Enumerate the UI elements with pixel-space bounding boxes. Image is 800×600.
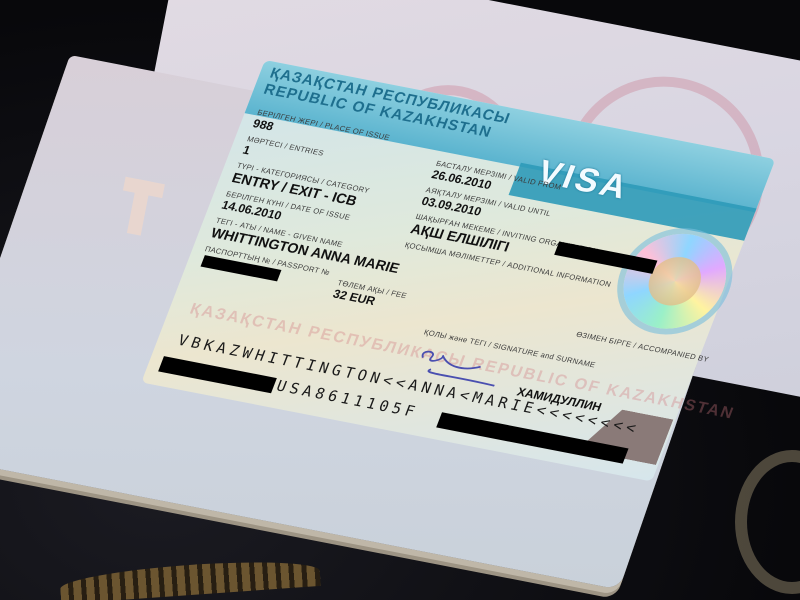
field-accompanied-by: ӨЗІМЕН БІРГЕ / ACCOMPANIED BY — [575, 330, 710, 364]
redaction-inviting-organization — [554, 241, 657, 273]
field-fee: ТӨЛЕМ АҚЫ / FEE 32 EUR — [331, 278, 408, 313]
